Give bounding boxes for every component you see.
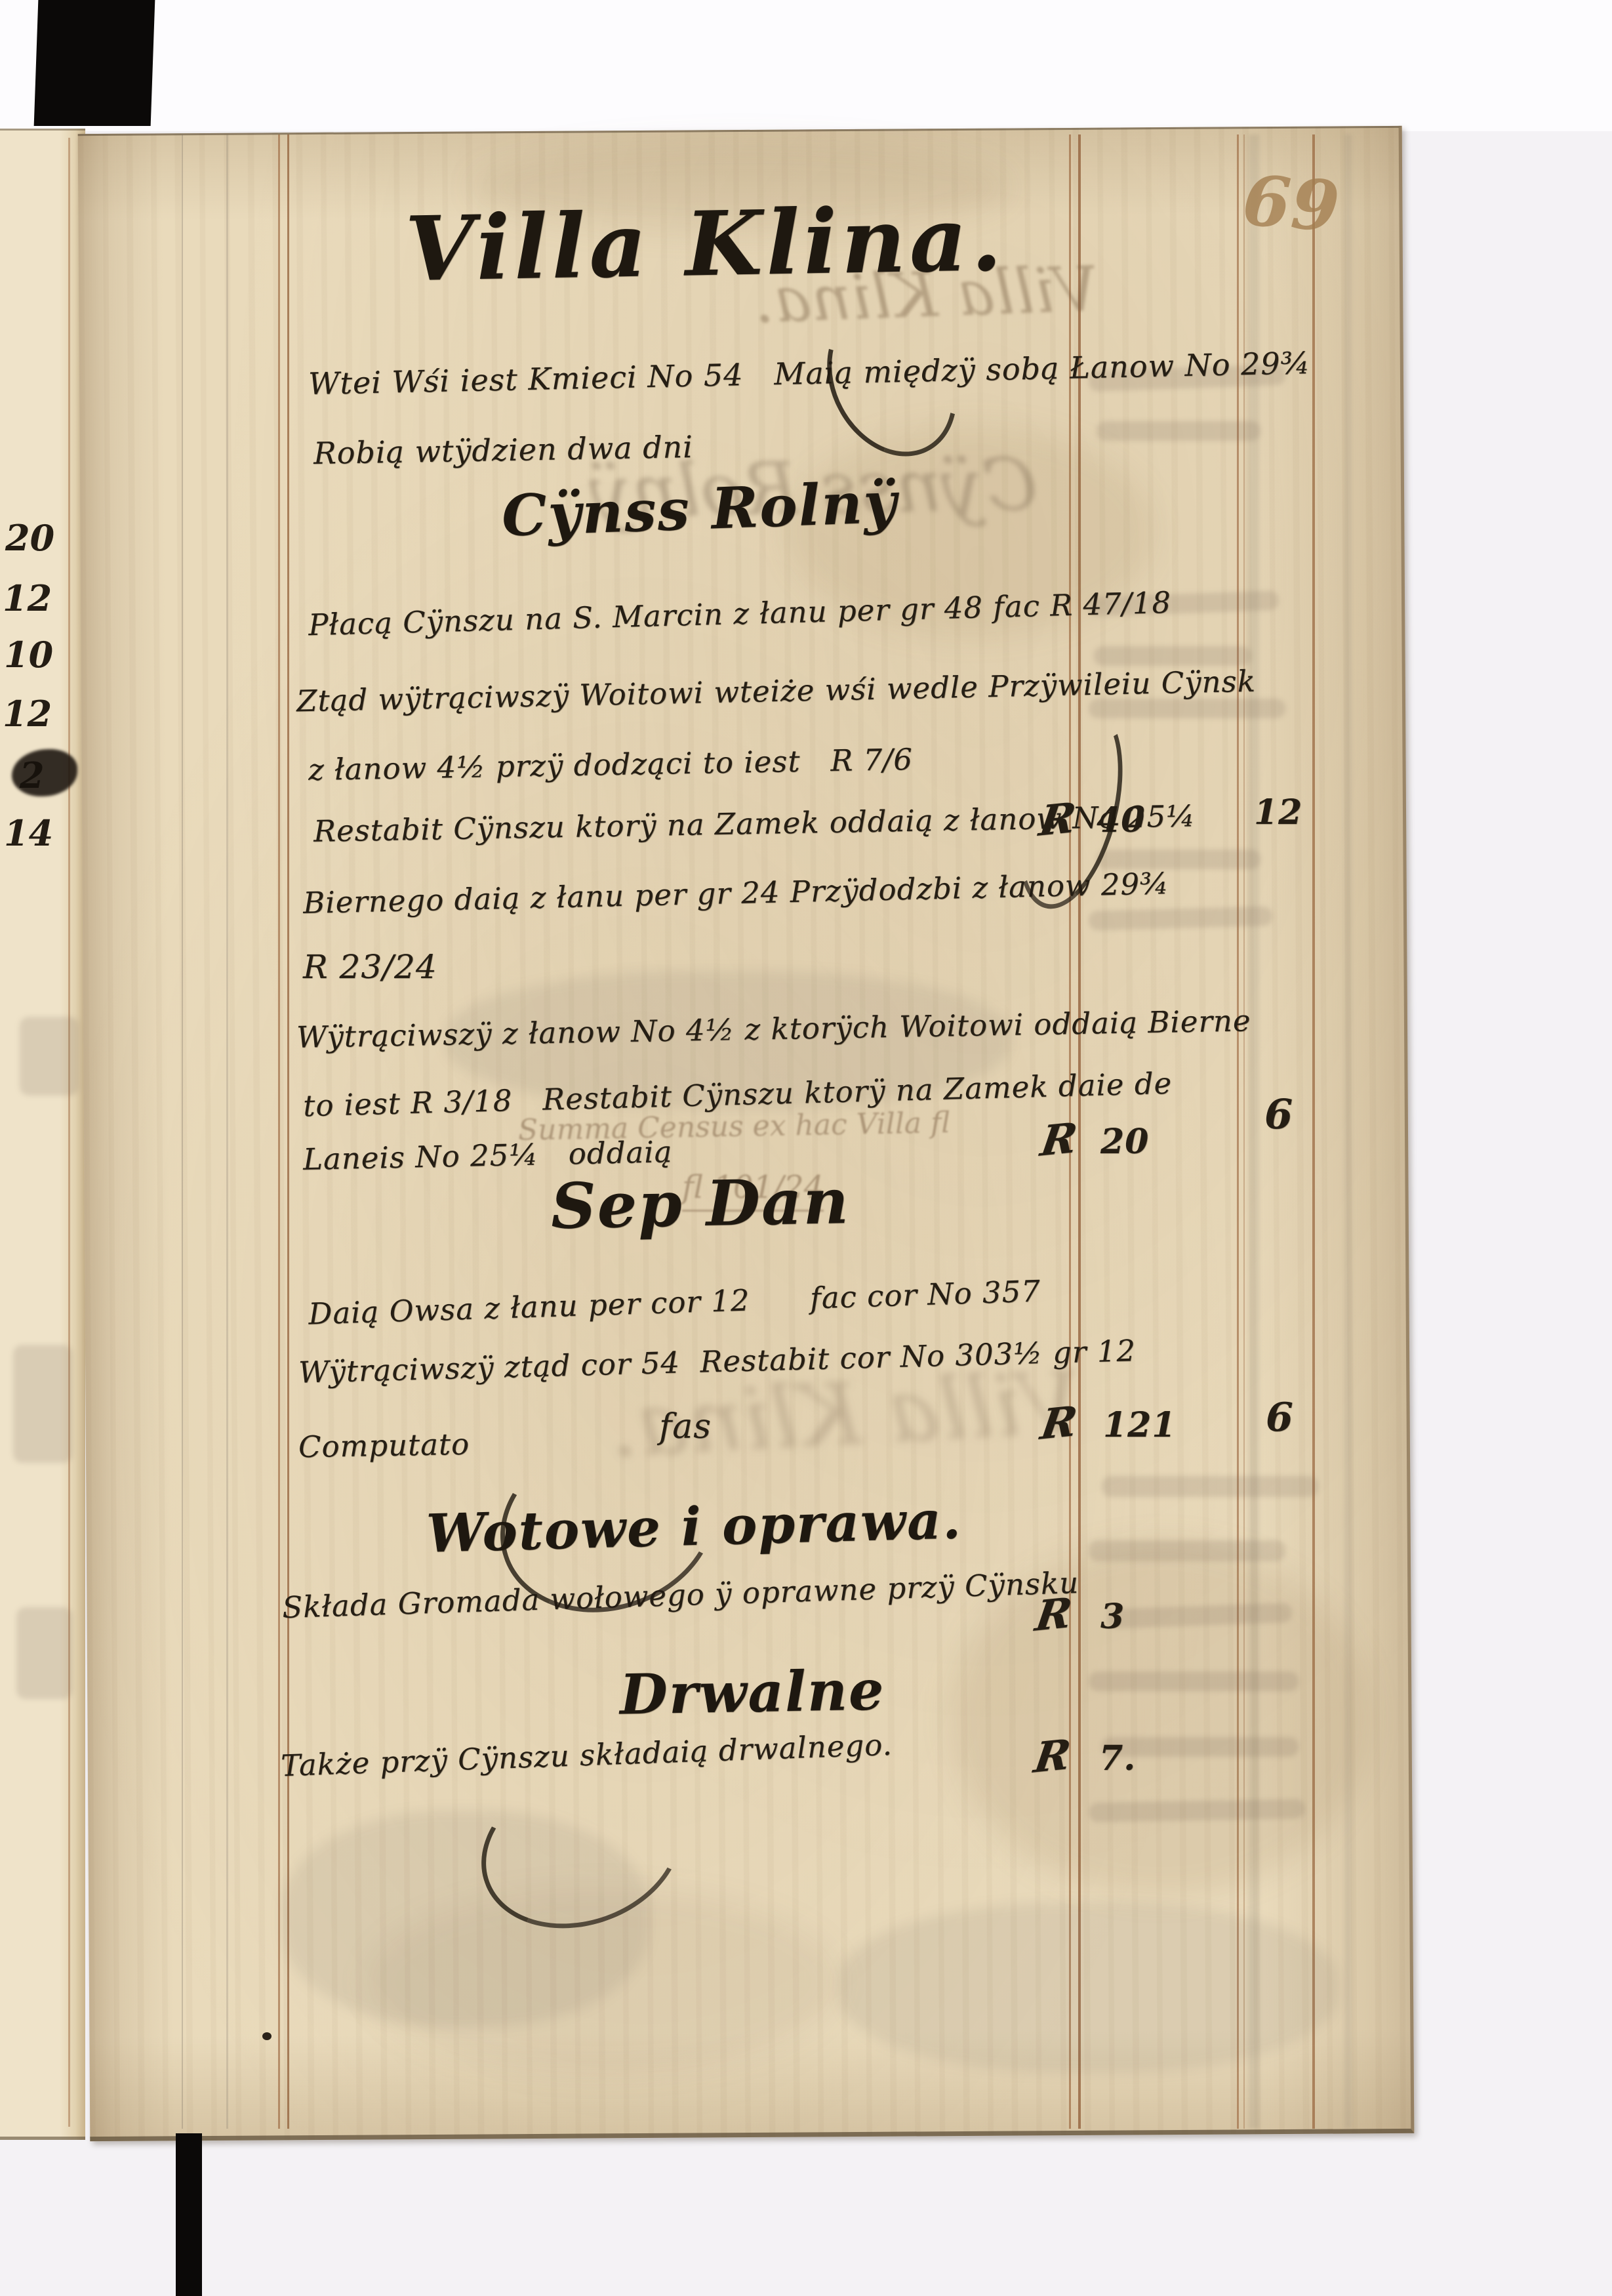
facing-margin-number: 2 — [20, 754, 45, 796]
ghost-smudge — [1089, 1671, 1299, 1691]
section-header-drwalne: Drwalne — [619, 1657, 885, 1727]
scratch-band — [1344, 134, 1352, 2129]
manuscript-title: Villa Klina. — [405, 186, 1007, 301]
intro-line-2: Robią wtÿdzien dwa dni — [313, 431, 694, 469]
ghost-smudge — [20, 1017, 79, 1096]
ribbon-bookmark — [176, 2133, 202, 2296]
margin-value: 20 — [1100, 1122, 1149, 1162]
facing-margin-number: 14 — [4, 812, 53, 854]
ruled-line — [68, 138, 70, 2127]
ghost-smudge — [13, 1345, 72, 1463]
facing-page-sliver — [0, 129, 85, 2140]
ghost-smudge — [1089, 699, 1285, 718]
ghost-smudge — [16, 1607, 72, 1699]
manuscript-scan: Villa Klina. Cÿnss Rolnÿ Villa Klina. Su… — [0, 0, 1612, 2296]
paper-speck — [262, 2032, 272, 2040]
margin-value-col2: 6 — [1266, 1395, 1294, 1441]
ghost-smudge — [1102, 1476, 1318, 1497]
margin-currency: R — [1038, 1113, 1081, 1166]
ruled-line — [287, 134, 289, 2129]
czyns-line: R 23/24 — [303, 950, 437, 985]
margin-value: 7. — [1099, 1738, 1136, 1778]
margin-value: 121 — [1103, 1405, 1177, 1445]
margin-value: 3 — [1100, 1597, 1125, 1637]
ghost-smudge — [1097, 421, 1260, 441]
ghost-smudge — [1089, 1799, 1305, 1822]
margin-value-col2: 6 — [1264, 1090, 1293, 1138]
ruled-line — [226, 134, 228, 2129]
facing-margin-number: 20 — [5, 517, 54, 559]
ruled-line — [182, 134, 183, 2129]
black-tape-corner — [34, 0, 155, 126]
section-header-sep: Sep Dan — [550, 1165, 850, 1243]
bleedthrough-mass — [839, 1902, 1338, 2073]
sep-line-facit: fas — [659, 1409, 712, 1445]
margin-currency: R — [1038, 1397, 1081, 1449]
sep-line: Computato — [298, 1429, 470, 1463]
ghost-smudge — [1097, 850, 1260, 869]
facing-margin-number: 12 — [3, 693, 52, 735]
section-header-czyns: Cÿnss Rolnÿ — [500, 469, 898, 549]
ghost-smudge — [1089, 1540, 1285, 1561]
facing-margin-number: 10 — [4, 634, 53, 676]
margin-currency: R — [1031, 1730, 1074, 1782]
ghost-smudge — [1094, 646, 1251, 666]
folio-number: 69 — [1240, 159, 1342, 247]
facing-margin-number: 12 — [3, 577, 52, 619]
margin-value-col2: 12 — [1254, 792, 1302, 832]
ruled-line — [278, 134, 280, 2129]
margin-currency: R — [1032, 1588, 1076, 1641]
